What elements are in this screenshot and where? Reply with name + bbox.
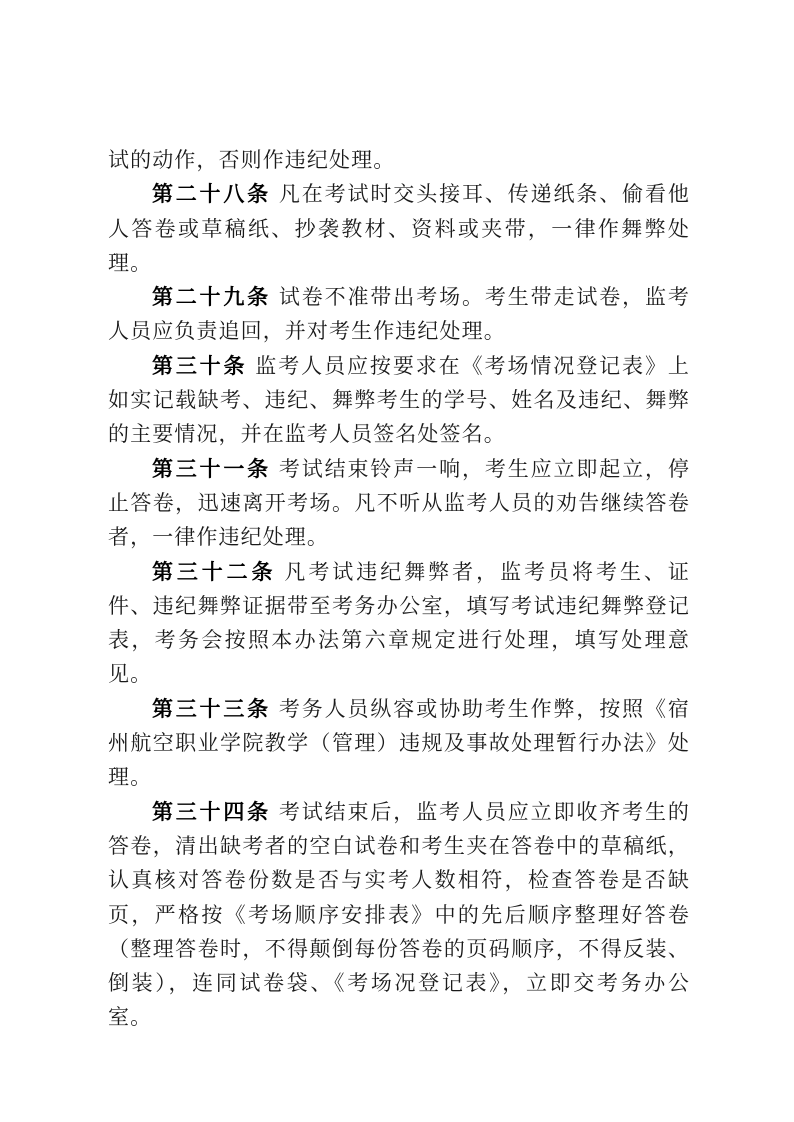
article-33: 第三十三条考务人员纵容或协助考生作弊，按照《宿州航空职业学院教学（管理）违规及事…: [108, 692, 690, 795]
article-text: 考试结束后，监考人员应立即收齐考生的答卷，清出缺考者的空白试卷和考生夹在答卷中的…: [108, 800, 690, 1030]
article-28: 第二十八条凡在考试时交头接耳、传递纸条、偷看他人答卷或草稿纸、抄袭教材、资料或夹…: [108, 177, 690, 280]
document-page: 试的动作，否则作违纪处理。 第二十八条凡在考试时交头接耳、传递纸条、偷看他人答卷…: [108, 143, 690, 1035]
article-31: 第三十一条考试结束铃声一响，考生应立即起立，停止答卷，迅速离开考场。凡不听从监考…: [108, 452, 690, 555]
article-number: 第三十四条: [152, 800, 271, 824]
article-34: 第三十四条考试结束后，监考人员应立即收齐考生的答卷，清出缺考者的空白试卷和考生夹…: [108, 795, 690, 1035]
article-number: 第二十八条: [152, 182, 271, 206]
article-number: 第三十条: [152, 354, 247, 378]
article-number: 第二十九条: [152, 285, 271, 309]
article-number: 第三十二条: [152, 560, 276, 584]
continuation-paragraph: 试的动作，否则作违纪处理。: [108, 143, 690, 177]
article-29: 第二十九条试卷不准带出考场。考生带走试卷，监考人员应负责追回，并对考生作违纪处理…: [108, 280, 690, 349]
article-number: 第三十一条: [152, 457, 271, 481]
article-30: 第三十条监考人员应按要求在《考场情况登记表》上如实记载缺考、违纪、舞弊考生的学号…: [108, 349, 690, 452]
article-number: 第三十三条: [152, 697, 271, 721]
article-32: 第三十二条凡考试违纪舞弊者，监考员将考生、证件、违纪舞弊证据带至考务办公室，填写…: [108, 555, 690, 692]
